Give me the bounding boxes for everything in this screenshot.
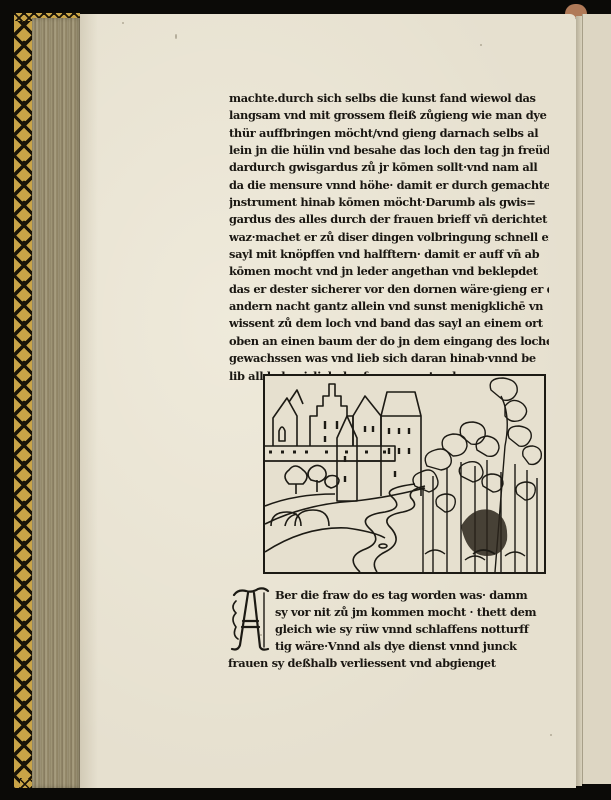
- text-line: gewachssen was vnd lieb sich daran hinab…: [229, 350, 549, 367]
- page-edges: [32, 18, 82, 788]
- text-line: sayl mit knöpffen vnd halfftern· damit e…: [229, 246, 549, 263]
- paragraph-1: machte.durch sich selbs die kunst fand w…: [229, 90, 549, 385]
- text-line: da die mensure vnnd höhe· damit er durch…: [229, 177, 549, 194]
- text-line: gardus des alles durch der frauen brieff…: [229, 211, 549, 228]
- page-curl-edge: [576, 16, 582, 786]
- text-line: oben an einen baum der do jn dem eingang…: [229, 333, 549, 350]
- paragraph-2: Ber die fraw do es tag worden was· damm …: [228, 587, 558, 677]
- gilt-cover-edge: [14, 13, 34, 788]
- text-line: Ber die fraw do es tag worden was· damm: [228, 587, 553, 604]
- text-line: kōmen mocht vnd jn leder angethan vnd be…: [229, 263, 549, 280]
- text-line: sy vor nit zů jm kommen mocht · thett de…: [228, 604, 553, 621]
- text-line: das er dester sicherer vor den dornen wä…: [229, 281, 549, 298]
- book-photo: machte.durch sich selbs die kunst fand w…: [0, 0, 611, 800]
- text-line: gleich wie sy rüw vnnd schlaffens nottur…: [228, 621, 553, 638]
- text-line: lein jn die hülin vnd besahe das loch de…: [229, 142, 549, 159]
- text-line: thür auffbringen möcht/vnd gieng darnach…: [229, 125, 549, 142]
- text-line: waz·machet er zů diser dingen volbringun…: [229, 229, 549, 246]
- woodcut-illustration: [263, 374, 546, 574]
- text-line: tig wäre·Vnnd als dye dienst vnnd junck: [228, 638, 553, 655]
- next-page: [582, 14, 611, 784]
- text-line: frauen sy deßhalb verliessent vnd abgien…: [228, 655, 553, 672]
- text-line: andern nacht gantz allein vnd sunst meni…: [229, 298, 549, 315]
- text-line: machte.durch sich selbs die kunst fand w…: [229, 90, 549, 107]
- paragraph-2-text: Ber die fraw do es tag worden was· damm …: [228, 587, 553, 672]
- text-line: dardurch gwisgardus zů jr kōmen sollt·vn…: [229, 159, 549, 176]
- text-line: jnstrument hinab kōmen möcht·Darumb als …: [229, 194, 549, 211]
- text-line: wissent zů dem loch vnd band das sayl an…: [229, 315, 549, 332]
- text-line: langsam vnd mit grossem fleiß zůgieng wi…: [229, 107, 549, 124]
